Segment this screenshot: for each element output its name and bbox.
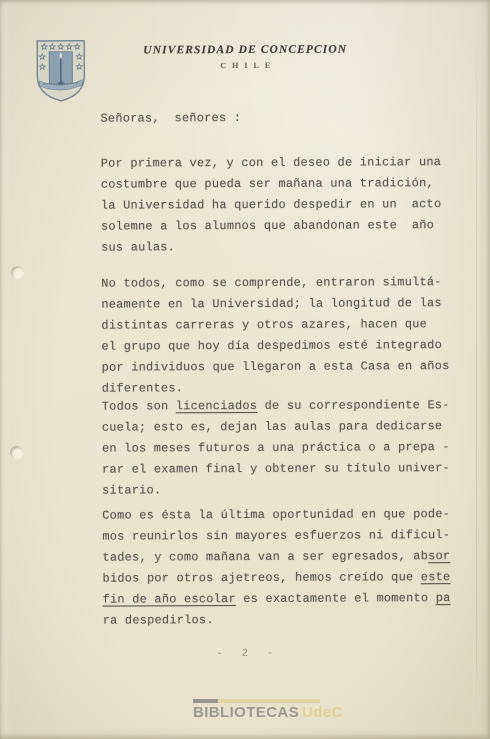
punch-hole-top: [11, 266, 24, 279]
typed-line: tades, y como mañana van a ser egresados…: [102, 546, 450, 569]
typed-line: Como es ésta la última oportunidad en qu…: [102, 504, 450, 527]
typed-line: solemne a los alumnos que abandonan este…: [101, 215, 442, 237]
typed-line: Por primera vez, y con el deseo de inici…: [101, 152, 442, 174]
typed-line: cuela; esto es, dejan las aulas para ded…: [102, 416, 450, 439]
typed-line: bidos por otros ajetreos, hemos creído q…: [102, 567, 450, 590]
typed-line: Todos son licenciados de su correspondie…: [102, 395, 450, 418]
paragraph-2: No todos, como se comprende, entraron si…: [101, 272, 449, 400]
letter-content: UNIVERSIDAD DE CONCEPCION CHILE Señoras,…: [0, 0, 490, 739]
typed-line: No todos, como se comprende, entraron si…: [101, 272, 449, 295]
typed-line: fin de año escolar es exactamente el mom…: [103, 588, 451, 611]
letter-body: Por primera vez, y con el deseo de inici…: [0, 0, 490, 1]
typed-line: en los meses futuros a una práctica o a …: [102, 437, 450, 460]
typed-line: el grupo que hoy día despedimos esté int…: [101, 335, 449, 358]
letterhead-university: UNIVERSIDAD DE CONCEPCION: [0, 43, 490, 57]
typed-line: distintas carreras y otros azares, hacen…: [101, 314, 449, 337]
scanned-letter-page: UNIVERSIDAD DE CONCEPCION CHILE Señoras,…: [0, 0, 490, 739]
letterhead-country: CHILE: [3, 60, 490, 71]
typed-line: mos reunirlos sin mayores esfuerzos ni d…: [102, 525, 450, 548]
watermark-bar: [193, 699, 320, 703]
typed-line: sus aulas.: [101, 236, 442, 258]
punch-hole-bottom: [10, 446, 23, 459]
watermark-udec-label: UdeC: [302, 704, 343, 721]
watermark-bar-gray: [193, 699, 218, 703]
typed-line: rar el examen final y obtener su título …: [102, 458, 450, 481]
typed-line: la Universidad ha querido despedir en un…: [101, 194, 442, 216]
typed-line: neamente en la Universidad; la longitud …: [101, 293, 449, 316]
library-watermark: BIBLIOTECASUdeC: [193, 699, 343, 720]
paragraph-1: Por primera vez, y con el deseo de inici…: [101, 152, 442, 258]
paragraph-3: Todos son licenciados de su correspondie…: [102, 395, 450, 502]
typed-line: ra despedirlos.: [103, 609, 451, 632]
typed-line: sitario.: [102, 479, 450, 502]
typed-line: costumbre que pueda ser mañana una tradi…: [101, 173, 442, 195]
typed-line: por individuos que llegaron a esta Casa …: [102, 356, 450, 379]
paragraph-4: Como es ésta la última oportunidad en qu…: [102, 504, 450, 632]
watermark-bar-yellow: [218, 699, 320, 703]
watermark-bibliotecas-label: BIBLIOTECAS: [193, 704, 299, 721]
watermark-text: BIBLIOTECASUdeC: [193, 705, 343, 720]
page-marker: - 2 -: [3, 647, 490, 661]
salutation: Señoras, señores :: [100, 111, 241, 126]
